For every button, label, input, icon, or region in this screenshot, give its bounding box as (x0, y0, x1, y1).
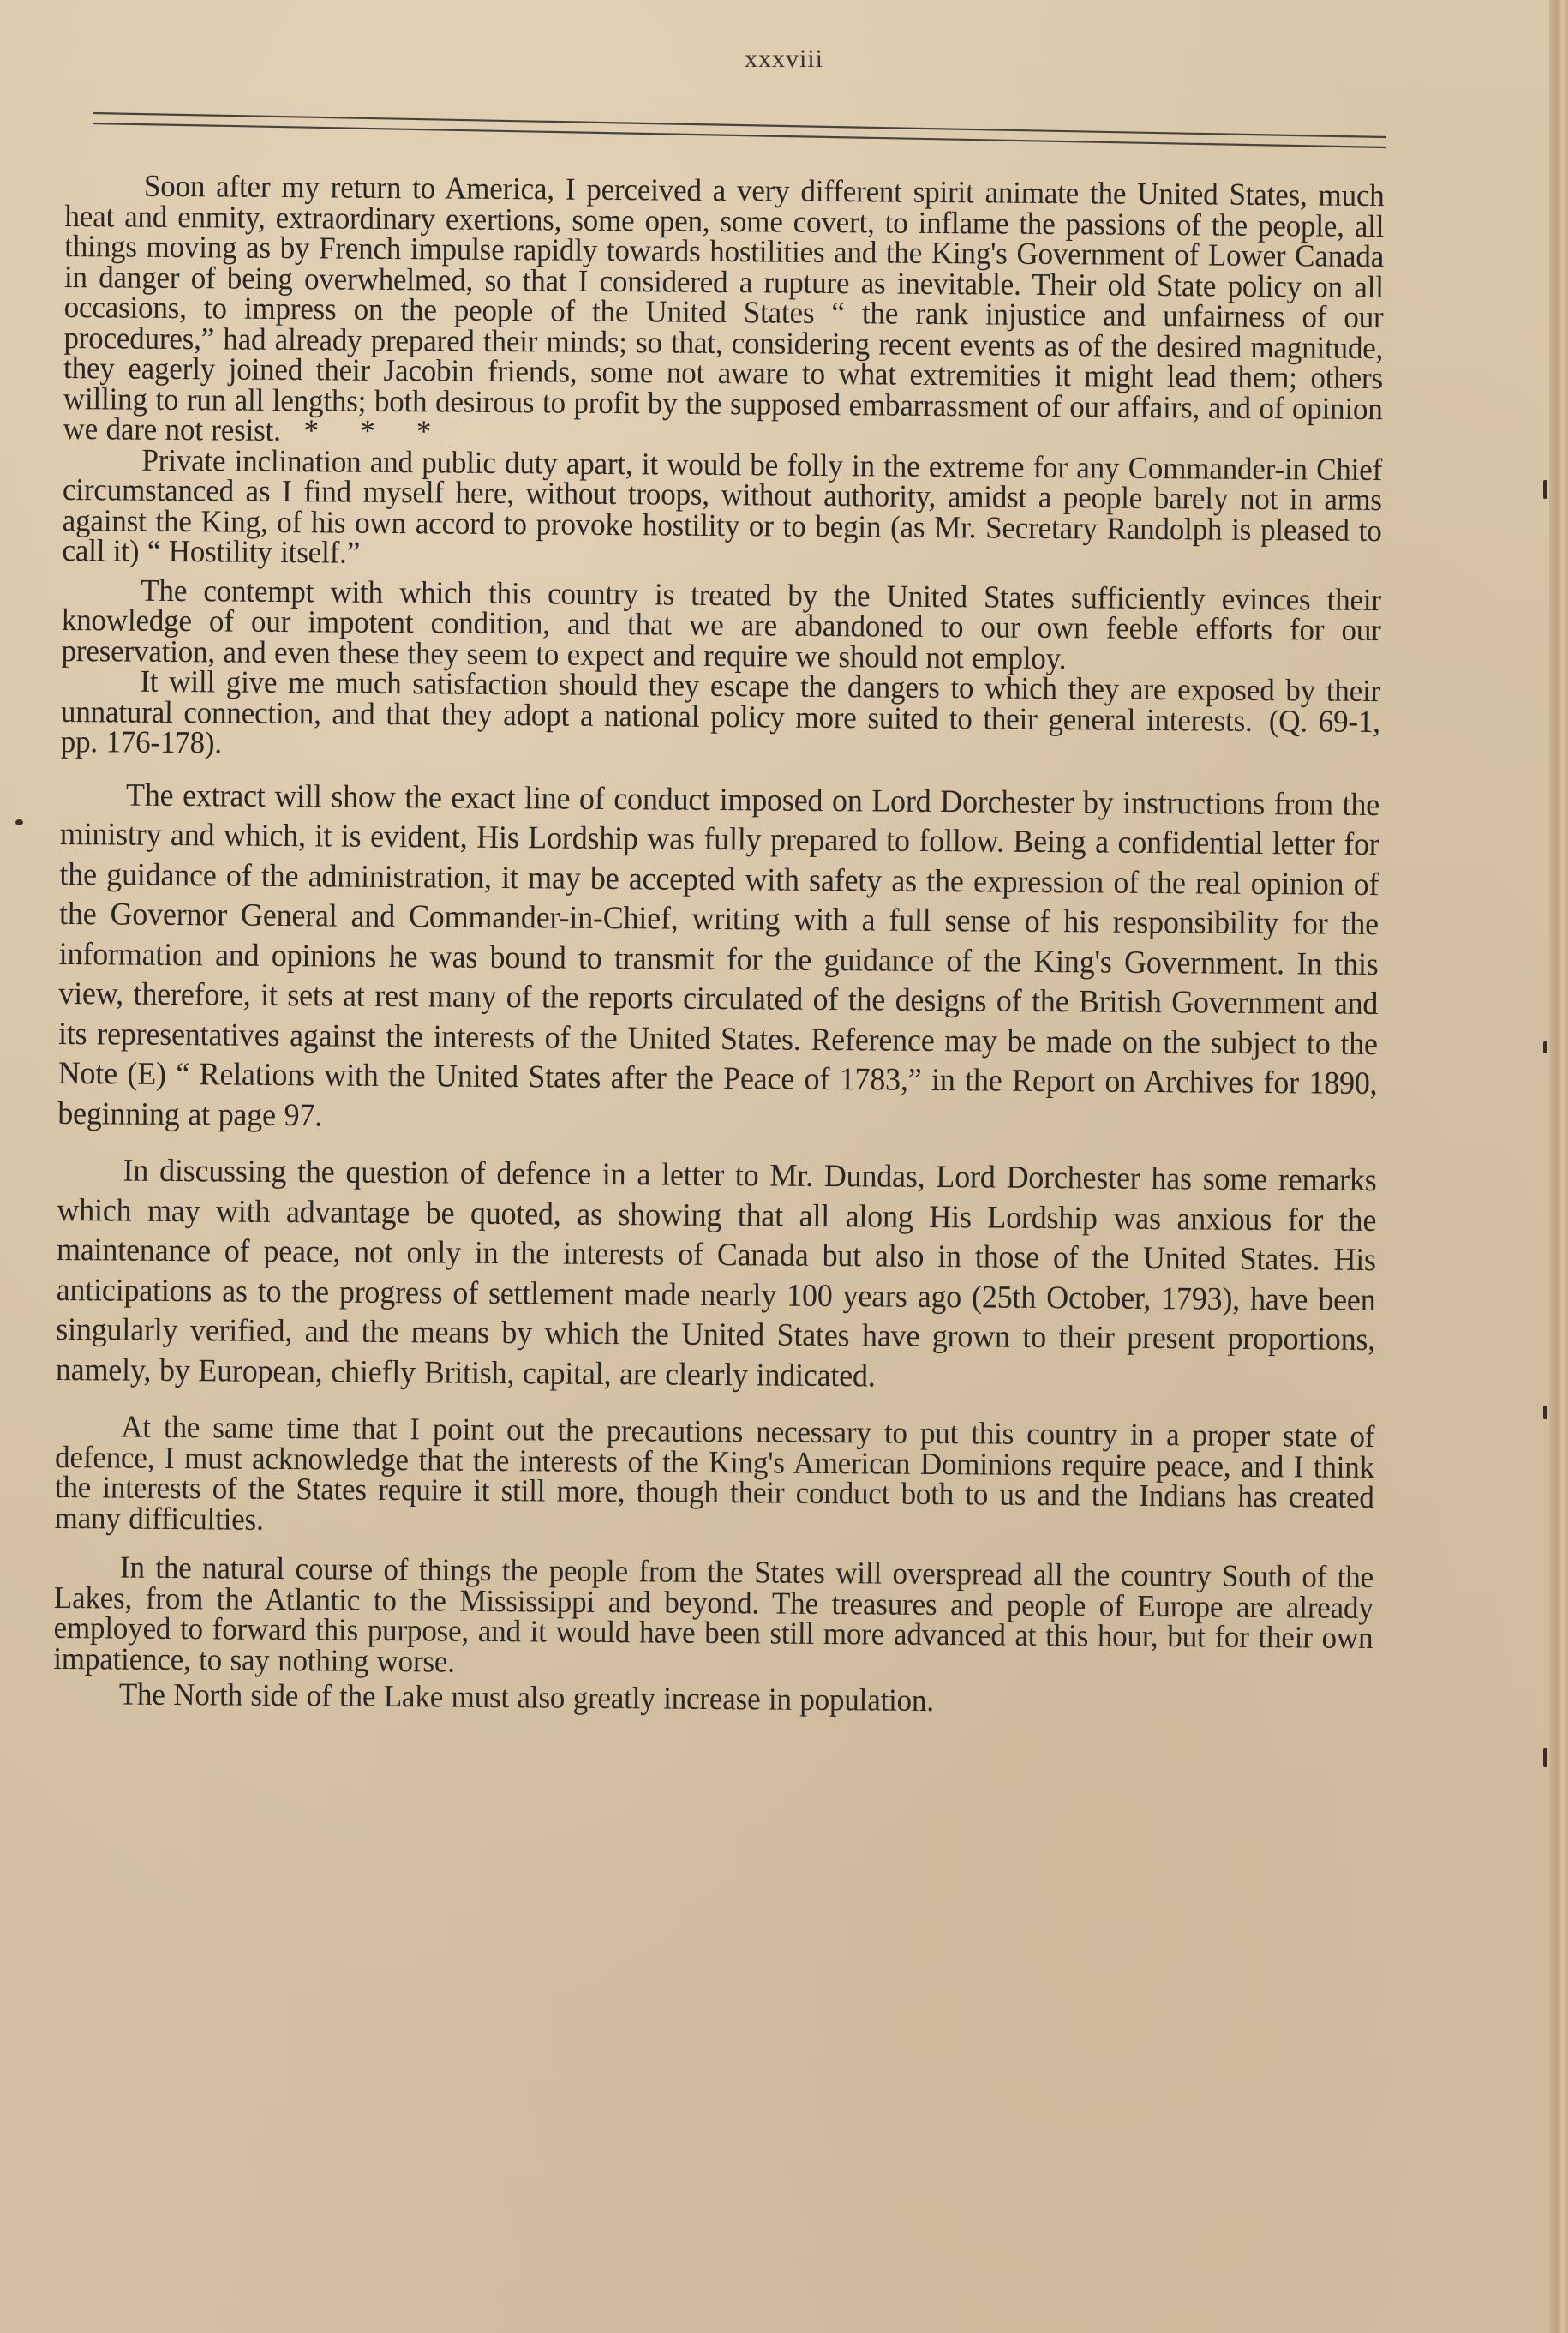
page-spine-edge (1549, 0, 1568, 2333)
spine-mark (1543, 1041, 1547, 1053)
quoted-letter-paragraph: It will give me much satisfaction should… (61, 665, 1381, 767)
second-quote-paragraph: At the same time that I point out the pr… (54, 1411, 1374, 1543)
paragraph-text: Soon after my return to America, I perce… (63, 168, 1384, 447)
quoted-letter-paragraph: The contempt with which this country is … (61, 573, 1381, 675)
header-double-rule (93, 108, 1388, 149)
paragraph-text: The extract will show the exact line of … (57, 777, 1379, 1133)
ink-spot (15, 819, 23, 825)
paragraph-text: The contempt with which this country is … (61, 572, 1381, 675)
paragraph-text: Private inclination and public duty apar… (62, 441, 1382, 570)
spine-mark (1543, 480, 1547, 499)
page-text-column: Soon after my return to America, I perce… (53, 165, 1385, 1719)
quoted-letter-paragraph: Soon after my return to America, I perce… (63, 170, 1384, 454)
quoted-letter-paragraph: Private inclination and public duty apar… (62, 443, 1382, 575)
paragraph-text: It will give me much satisfaction should… (61, 663, 1380, 738)
commentary-paragraph: In discussing the question of defence in… (56, 1151, 1377, 1400)
spine-mark (1543, 1406, 1547, 1419)
paragraph-text: The North side of the Lake must also gre… (119, 1676, 934, 1718)
spine-mark (1543, 1748, 1547, 1767)
page-number: xxxviii (0, 45, 1568, 74)
commentary-paragraph: The extract will show the exact line of … (57, 775, 1379, 1144)
paragraph-text: At the same time that I point out the pr… (54, 1409, 1374, 1537)
paragraph-text: In discussing the question of defence in… (56, 1154, 1377, 1394)
second-quote-paragraph: In the natural course of things the peop… (53, 1551, 1373, 1683)
paragraph-text: In the natural course of things the peop… (53, 1550, 1373, 1679)
